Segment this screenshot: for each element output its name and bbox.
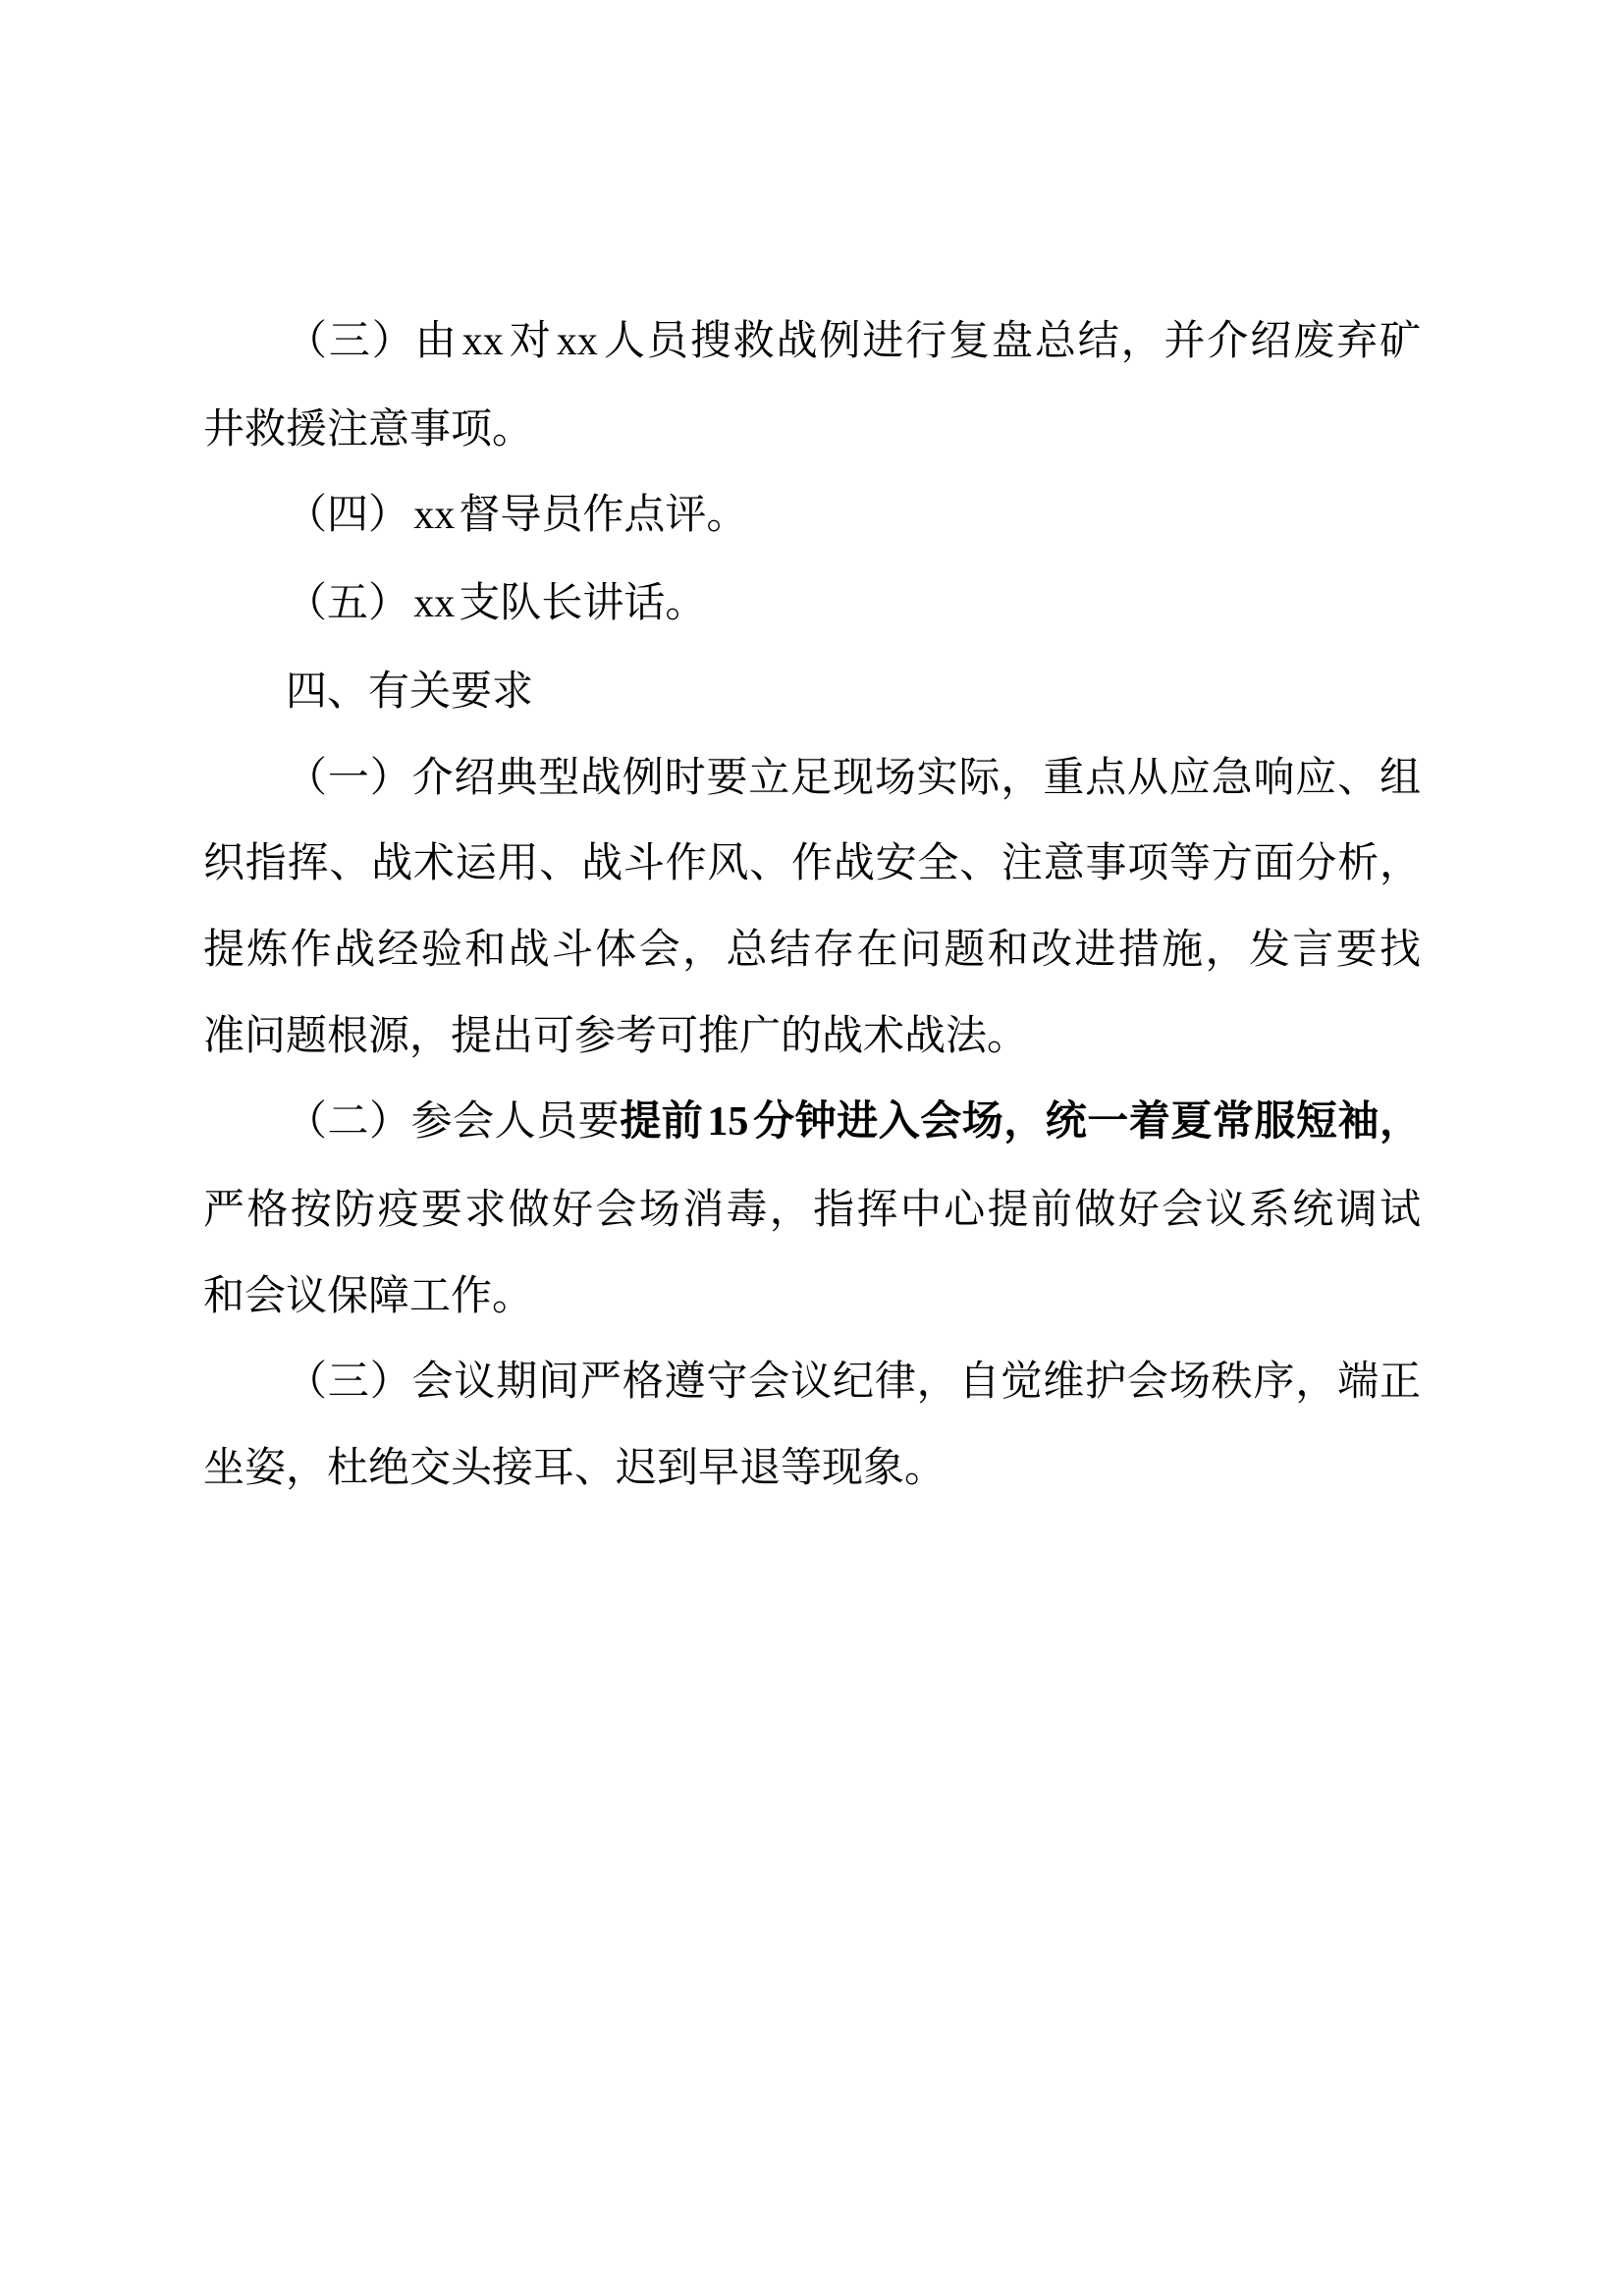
document-body: （三）由xx对xx人员搜救战例进行复盘总结，并介绍废弃矿井救援注意事项。（四）x… <box>203 297 1421 1511</box>
cjk-text-run: （五） <box>286 579 409 625</box>
text-line: 井救援注意事项。 <box>203 386 1421 472</box>
latin-text-run: xx <box>413 493 455 538</box>
cjk-text-run: 准问题根源，提出可参考可推广的战术战法。 <box>203 1012 1028 1058</box>
cjk-text-run: （一）介绍典型战例时要立足现场实际，重点从应急响应、组 <box>286 754 1421 800</box>
text-line: 织指挥、战术运用、战斗作风、作战安全、注意事项等方面分析， <box>203 820 1421 906</box>
cjk-text-run: （二）参会人员要 <box>286 1097 620 1144</box>
paragraph: （一）介绍典型战例时要立足现场实际，重点从应急响应、组织指挥、战术运用、战斗作风… <box>203 734 1421 1079</box>
text-line: 提炼作战经验和战斗体会，总结存在问题和改进措施，发言要找 <box>203 906 1421 992</box>
text-line: （三）由xx对xx人员搜救战例进行复盘总结，并介绍废弃矿 <box>203 297 1421 386</box>
cjk-text-run: （三）会议期间严格遵守会议纪律，自觉维护会场秩序，端正 <box>286 1358 1421 1404</box>
cjk-text-run: （四） <box>286 491 409 537</box>
latin-text-run: xx <box>462 319 504 364</box>
paragraph: （四）xx督导员作点评。 <box>203 471 1421 560</box>
paragraph: 四、有关要求 <box>203 648 1421 734</box>
cjk-text-run: 分钟进入会场，统一着夏常服短袖， <box>753 1097 1421 1144</box>
document-page: （三）由xx对xx人员搜救战例进行复盘总结，并介绍废弃矿井救援注意事项。（四）x… <box>0 0 1624 2296</box>
cjk-text-run: 坐姿，杜绝交头接耳、迟到早退等现象。 <box>203 1444 946 1490</box>
cjk-text-run: 四、有关要求 <box>286 667 533 714</box>
text-line: 准问题根源，提出可参考可推广的战术战法。 <box>203 992 1421 1079</box>
text-line: （五）xx支队长讲话。 <box>203 560 1421 648</box>
text-line: （一）介绍典型战例时要立足现场实际，重点从应急响应、组 <box>203 734 1421 821</box>
text-line: 四、有关要求 <box>203 648 1421 734</box>
text-line: （四）xx督导员作点评。 <box>203 471 1421 560</box>
cjk-text-run: 提炼作战经验和战斗体会，总结存在问题和改进措施，发言要找 <box>203 926 1421 972</box>
cjk-text-run: （三）由 <box>286 317 459 363</box>
latin-text-run: xx <box>413 581 455 626</box>
cjk-text-run: 织指挥、战术运用、战斗作风、作战安全、注意事项等方面分析， <box>203 839 1421 885</box>
text-line: 严格按防疫要求做好会场消毒，指挥中心提前做好会议系统调试 <box>203 1166 1421 1253</box>
latin-text-run: 15 <box>707 1099 748 1145</box>
latin-text-run: xx <box>557 319 598 364</box>
cjk-text-run: 严格按防疫要求做好会场消毒，指挥中心提前做好会议系统调试 <box>203 1186 1421 1232</box>
cjk-text-run: 督导员作点评。 <box>459 491 747 537</box>
cjk-text-run: 对 <box>508 317 553 363</box>
cjk-text-run: 井救援注意事项。 <box>203 405 533 452</box>
cjk-text-run: 提前 <box>620 1097 703 1144</box>
text-line: 和会议保障工作。 <box>203 1253 1421 1339</box>
paragraph: （三）会议期间严格遵守会议纪律，自觉维护会场秩序，端正坐姿，杜绝交头接耳、迟到早… <box>203 1338 1421 1510</box>
cjk-text-run: 人员搜救战例进行复盘总结，并介绍废弃矿 <box>602 317 1421 363</box>
text-line: （二）参会人员要提前15分钟进入会场，统一着夏常服短袖， <box>203 1078 1421 1166</box>
cjk-text-run: 和会议保障工作。 <box>203 1272 533 1318</box>
paragraph: （二）参会人员要提前15分钟进入会场，统一着夏常服短袖，严格按防疫要求做好会场消… <box>203 1078 1421 1338</box>
text-line: 坐姿，杜绝交头接耳、迟到早退等现象。 <box>203 1424 1421 1511</box>
paragraph: （五）xx支队长讲话。 <box>203 560 1421 648</box>
cjk-text-run: 支队长讲话。 <box>459 579 706 625</box>
text-line: （三）会议期间严格遵守会议纪律，自觉维护会场秩序，端正 <box>203 1338 1421 1424</box>
paragraph: （三）由xx对xx人员搜救战例进行复盘总结，并介绍废弃矿井救援注意事项。 <box>203 297 1421 471</box>
